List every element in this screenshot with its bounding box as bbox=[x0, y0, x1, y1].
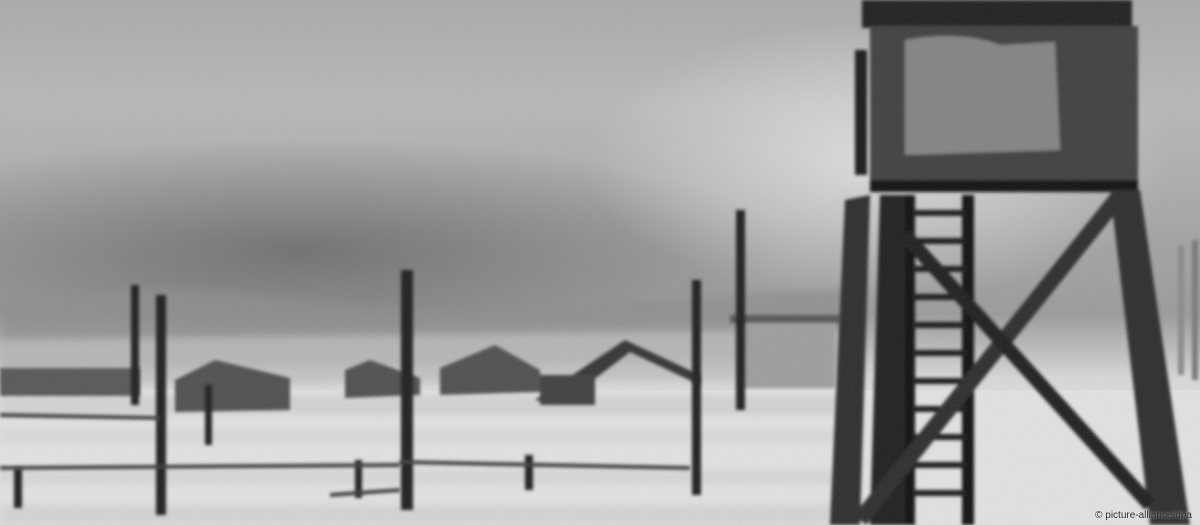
film-grain bbox=[0, 0, 1200, 525]
photo-scene bbox=[0, 0, 1200, 525]
photo-credit: © picture-alliance/dpa bbox=[1095, 510, 1192, 521]
photograph: © picture-alliance/dpa bbox=[0, 0, 1200, 525]
